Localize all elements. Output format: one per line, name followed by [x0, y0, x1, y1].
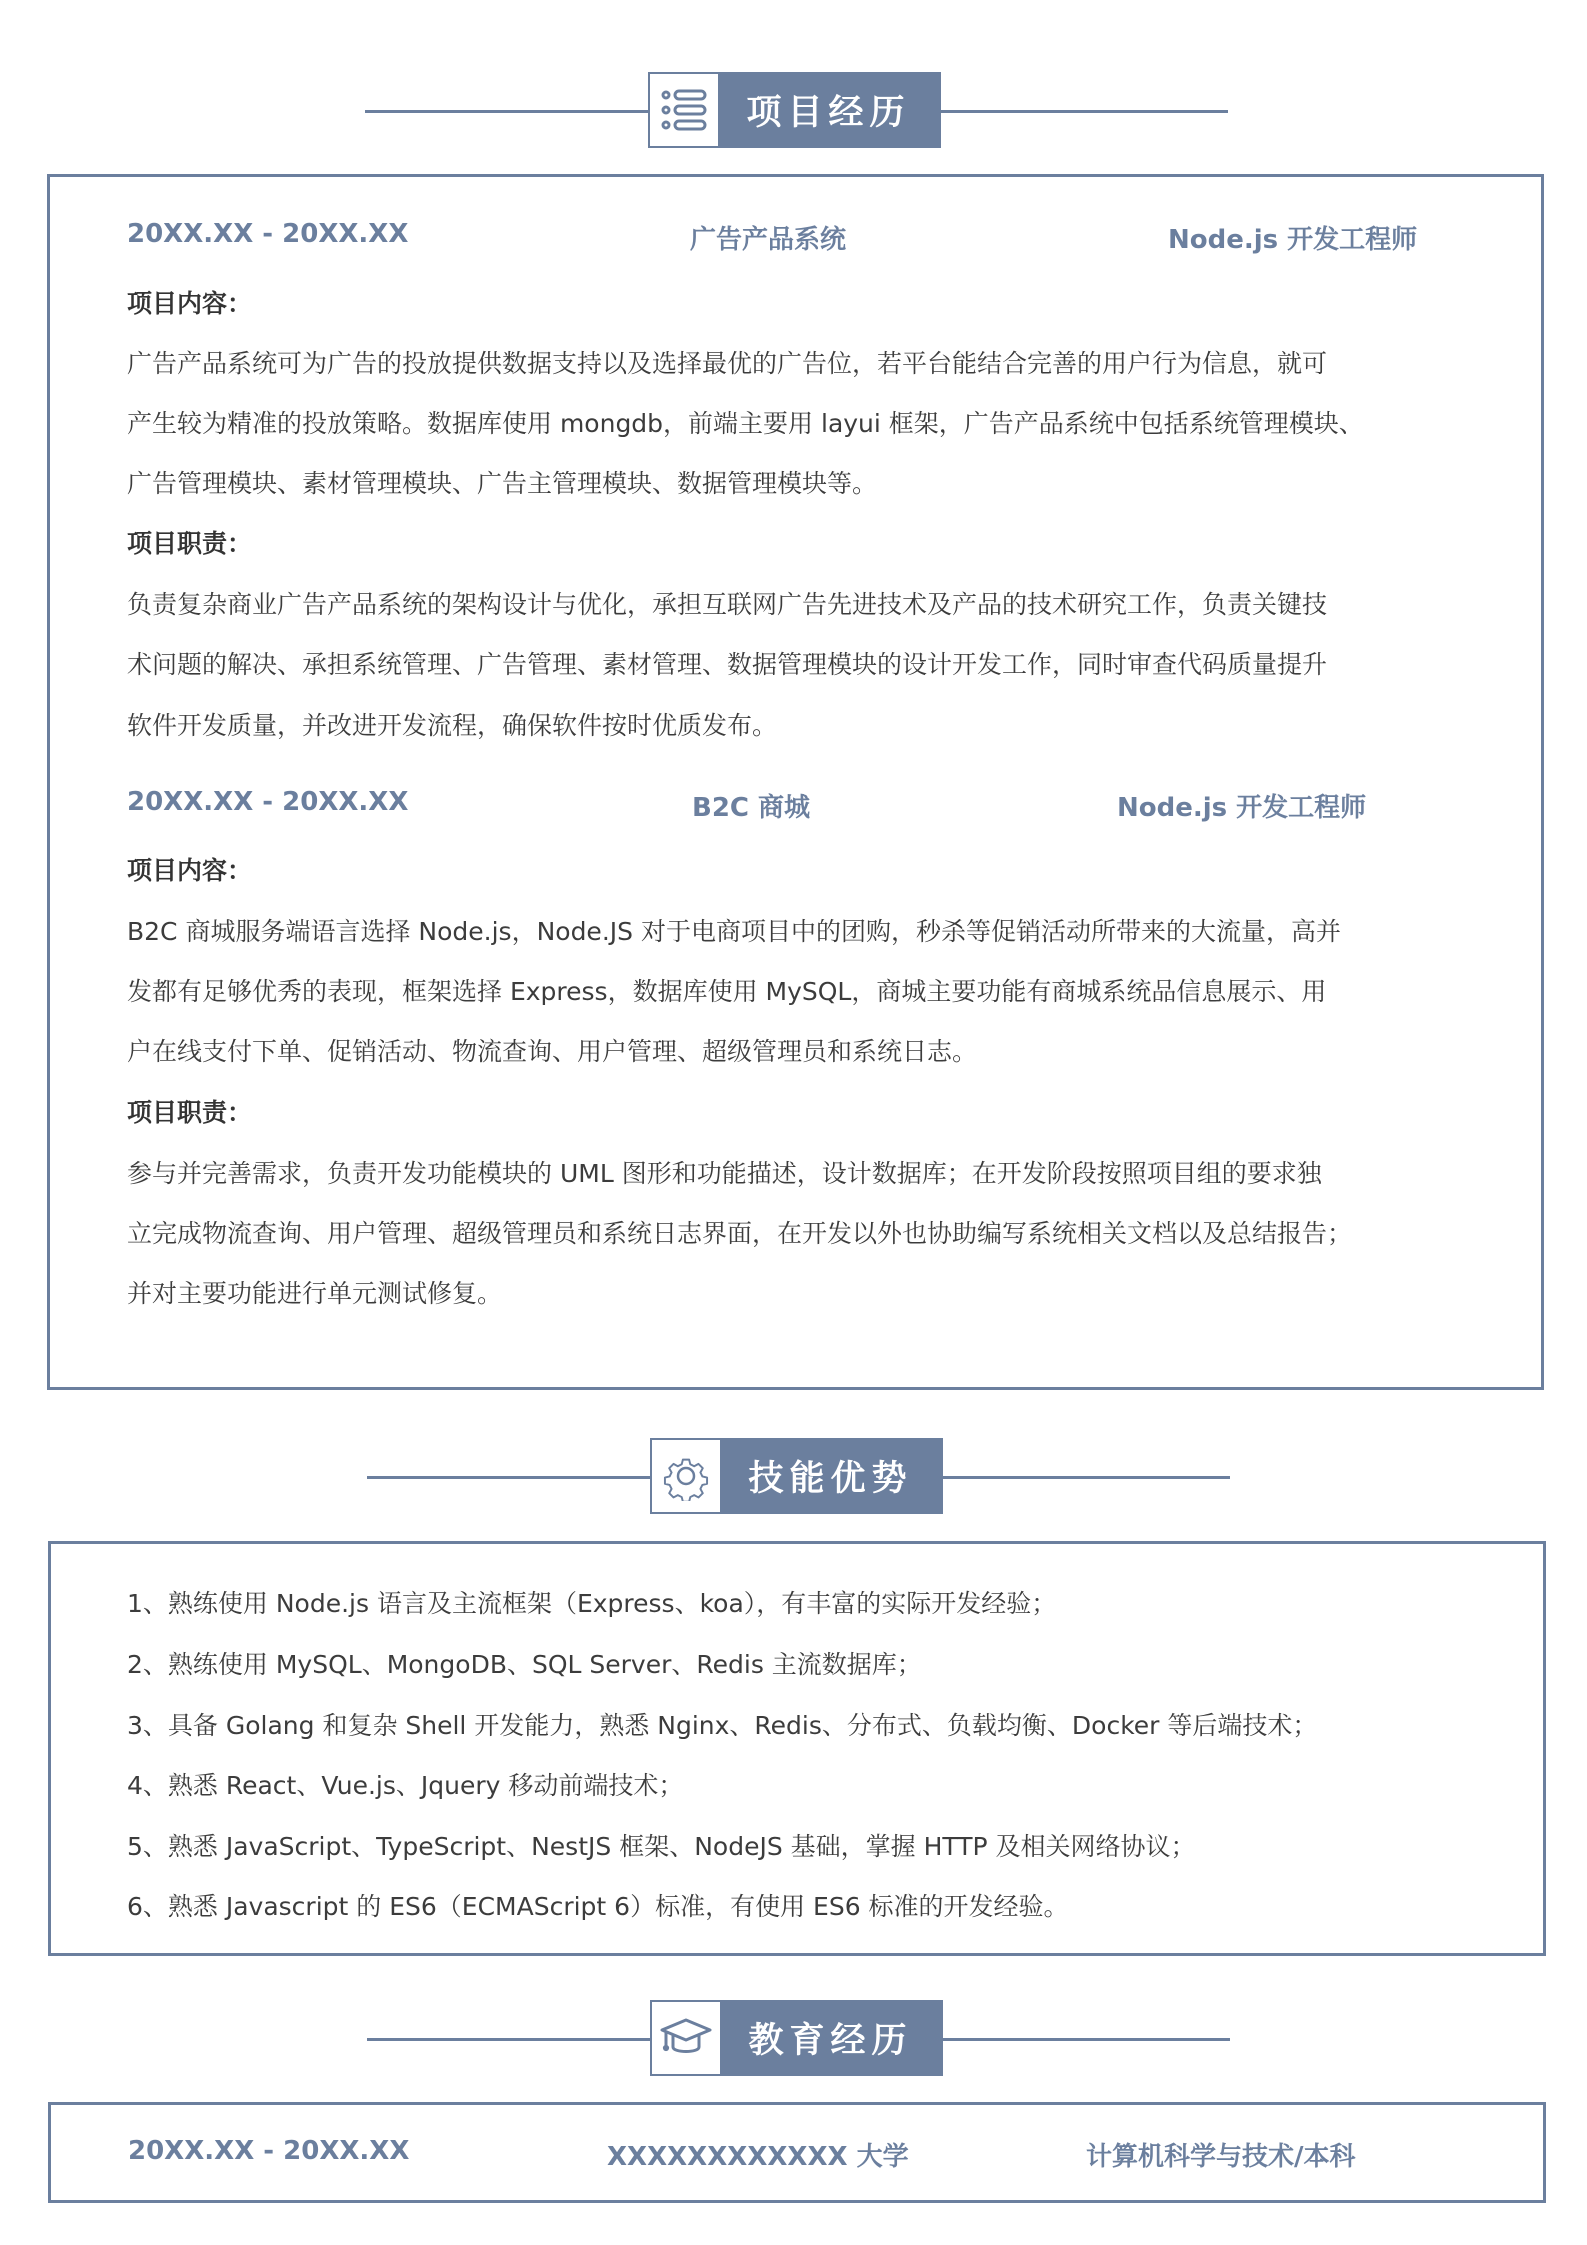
content-line: 广告产品系统可为广告的投放提供数据支持以及选择最优的广告位，若平台能结合完善的用…: [127, 344, 1327, 380]
content-line: 产生较为精准的投放策略。数据库使用 mongdb，前端主要用 layui 框架，…: [127, 404, 1364, 440]
duty-line: 立完成物流查询、用户管理、超级管理员和系统日志界面，在开发以外也协助编写系统相关…: [127, 1214, 1352, 1250]
duty-line: 术问题的解决、承担系统管理、广告管理、素材管理、数据管理模块的设计开发工作，同时…: [127, 645, 1327, 681]
section-header-projects: 项目经历: [648, 72, 941, 148]
section-title: 项目经历: [718, 74, 939, 146]
duty-line: 软件开发质量，并改进开发流程，确保软件按时优质发布。: [127, 706, 777, 742]
content-line: 户在线支付下单、促销活动、物流查询、用户管理、超级管理员和系统日志。: [127, 1032, 977, 1068]
graduation-cap-icon: [652, 2002, 720, 2074]
skill-item: 2、熟练使用 MySQL、MongoDB、SQL Server、Redis 主流…: [127, 1645, 922, 1681]
section-header-skills: 技能优势: [650, 1438, 943, 1514]
project-name: B2C 商城: [692, 787, 810, 824]
project-name: 广告产品系统: [690, 219, 846, 256]
education-school: XXXXXXXXXXXX 大学: [607, 2136, 909, 2173]
section-title: 教育经历: [720, 2002, 941, 2074]
content-label: 项目内容：: [127, 851, 252, 887]
project-role: Node.js 开发工程师: [1168, 219, 1417, 256]
content-label: 项目内容：: [127, 284, 252, 320]
skill-item: 3、具备 Golang 和复杂 Shell 开发能力，熟悉 Nginx、Redi…: [127, 1706, 1317, 1742]
duty-label: 项目职责：: [127, 524, 252, 560]
project-role: Node.js 开发工程师: [1117, 787, 1366, 824]
education-major: 计算机科学与技术/本科: [1086, 2136, 1356, 2173]
duty-label: 项目职责：: [127, 1093, 252, 1129]
list-icon: [650, 74, 718, 146]
section-title: 技能优势: [720, 1440, 941, 1512]
project-period: 20XX.XX - 20XX.XX: [127, 219, 408, 249]
project-period: 20XX.XX - 20XX.XX: [127, 787, 408, 817]
content-line: 广告管理模块、素材管理模块、广告主管理模块、数据管理模块等。: [127, 464, 877, 500]
skill-item: 6、熟悉 Javascript 的 ES6（ECMAScript 6）标准，有使…: [127, 1887, 1069, 1923]
gear-icon: [652, 1440, 720, 1512]
skill-item: 5、熟悉 JavaScript、TypeScript、NestJS 框架、Nod…: [127, 1827, 1196, 1863]
content-line: B2C 商城服务端语言选择 Node.js，Node.JS 对于电商项目中的团购…: [127, 912, 1341, 948]
education-period: 20XX.XX - 20XX.XX: [128, 2136, 409, 2166]
duty-line: 并对主要功能进行单元测试修复。: [127, 1274, 502, 1310]
duty-line: 参与并完善需求，负责开发功能模块的 UML 图形和功能描述，设计数据库；在开发阶…: [127, 1154, 1322, 1190]
section-header-education: 教育经历: [650, 2000, 943, 2076]
skill-item: 4、熟悉 React、Vue.js、Jquery 移动前端技术；: [127, 1766, 683, 1802]
skill-item: 1、熟练使用 Node.js 语言及主流框架（Express、koa），有丰富的…: [127, 1584, 1056, 1620]
duty-line: 负责复杂商业广告产品系统的架构设计与优化，承担互联网广告先进技术及产品的技术研究…: [127, 585, 1327, 621]
content-line: 发都有足够优秀的表现，框架选择 Express，数据库使用 MySQL，商城主要…: [127, 972, 1326, 1008]
